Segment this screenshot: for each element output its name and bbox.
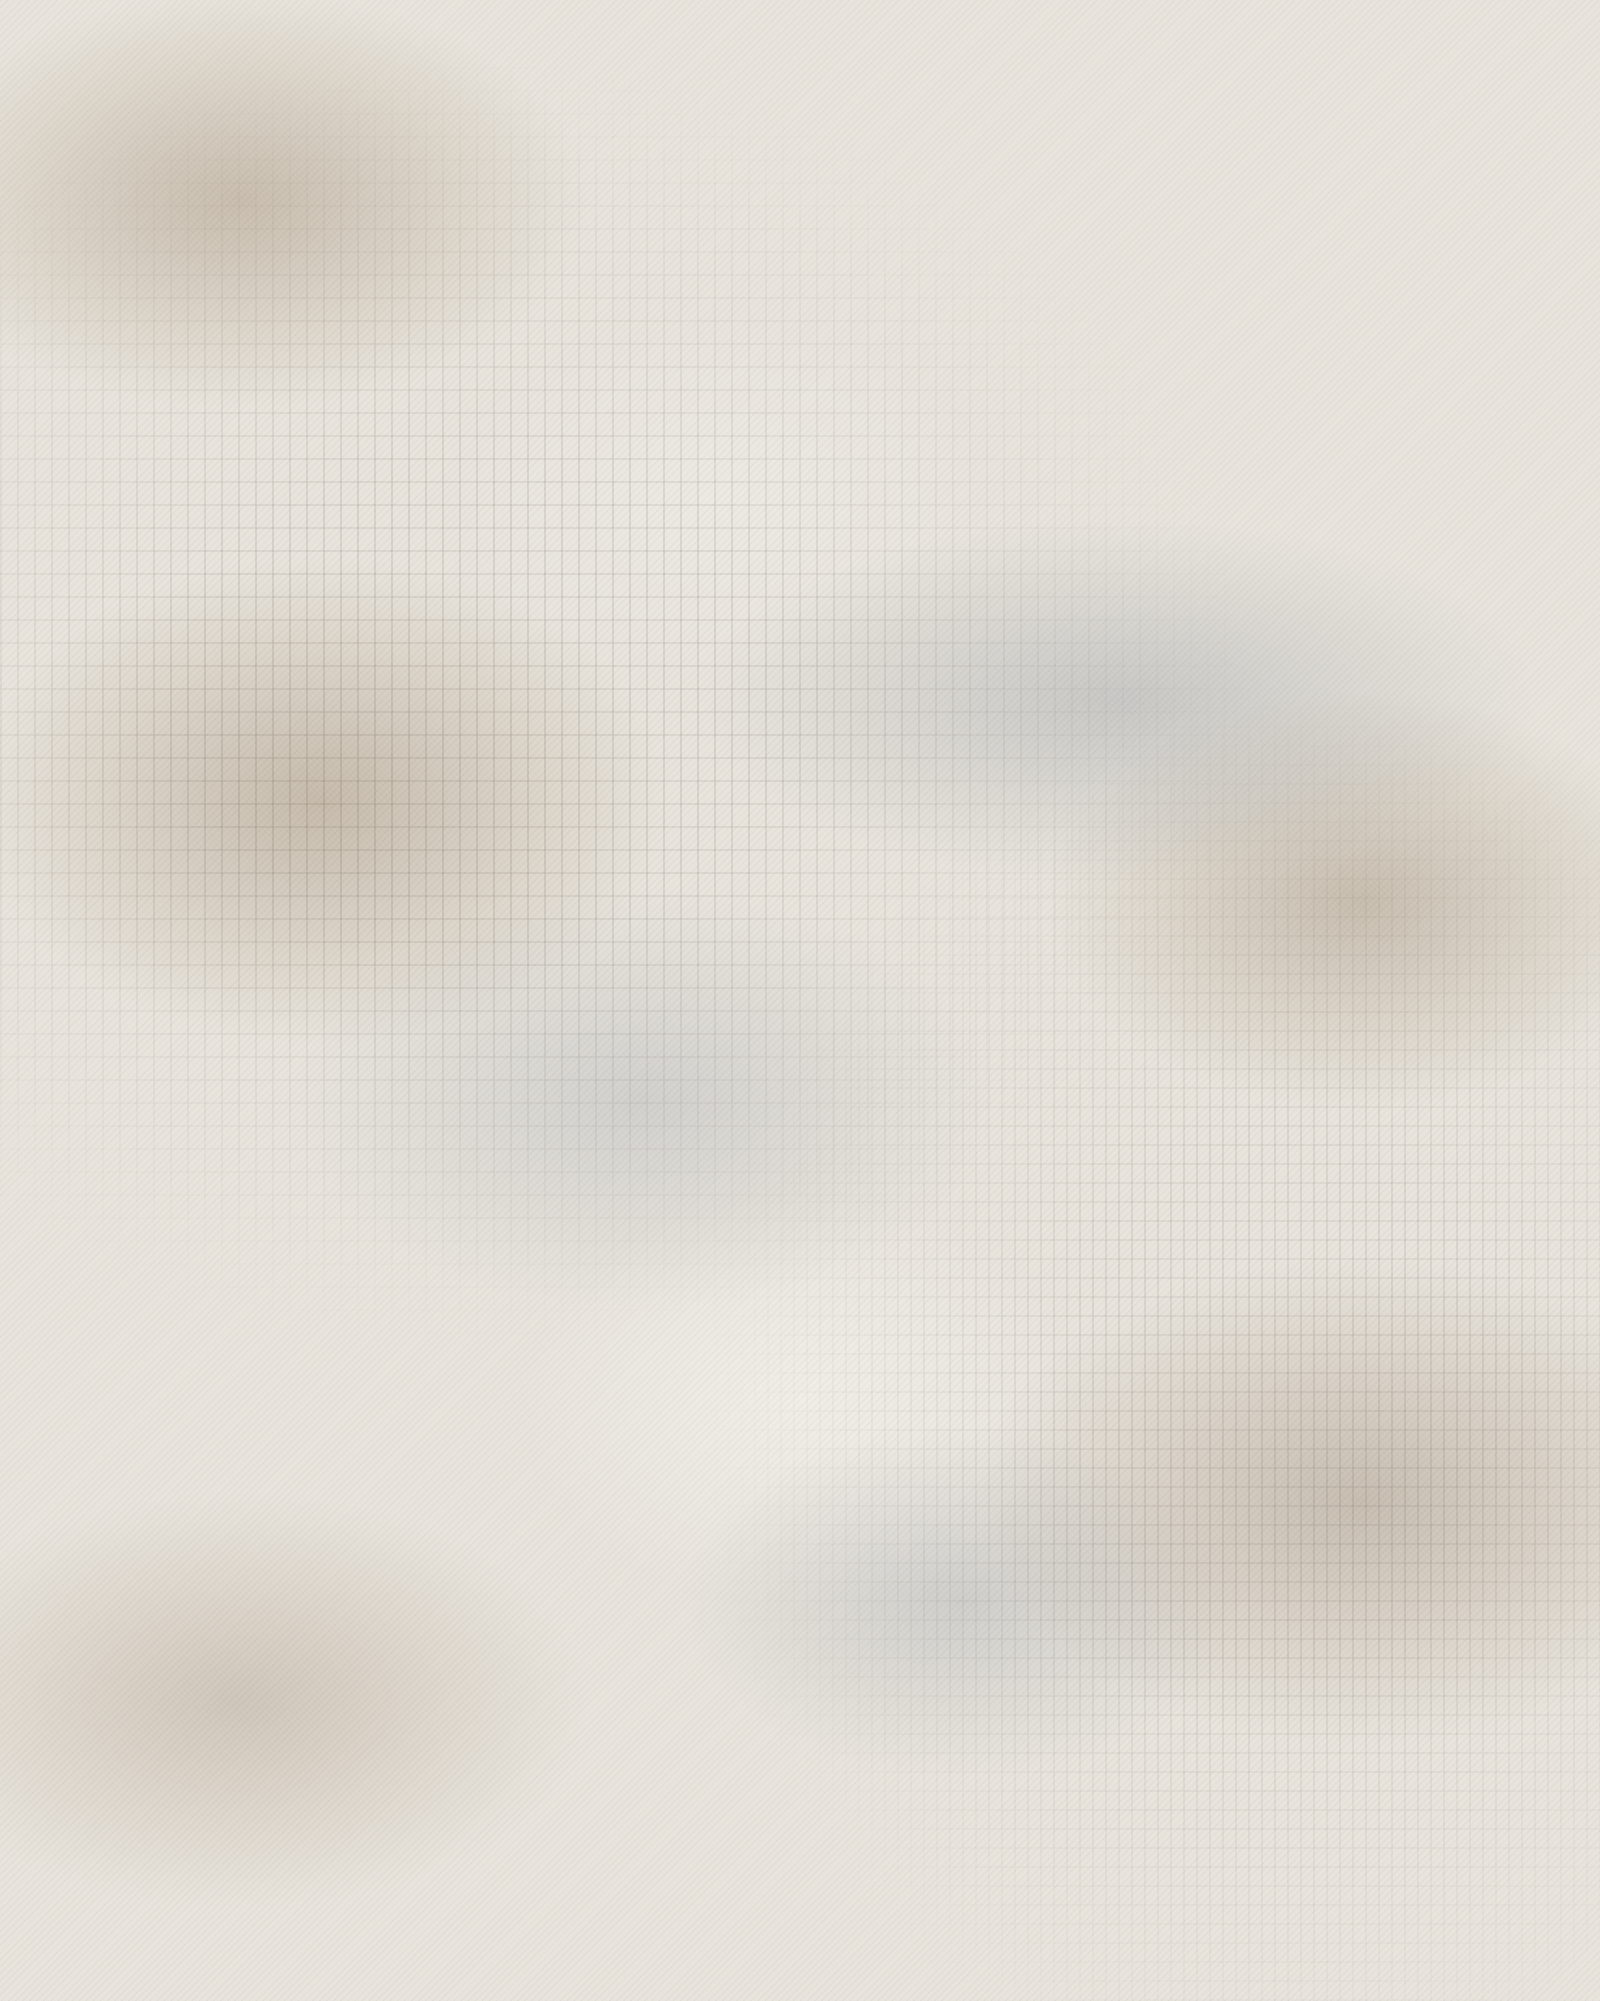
rug-photo	[0, 0, 1600, 2001]
rug-pile-grain	[0, 0, 1600, 2001]
